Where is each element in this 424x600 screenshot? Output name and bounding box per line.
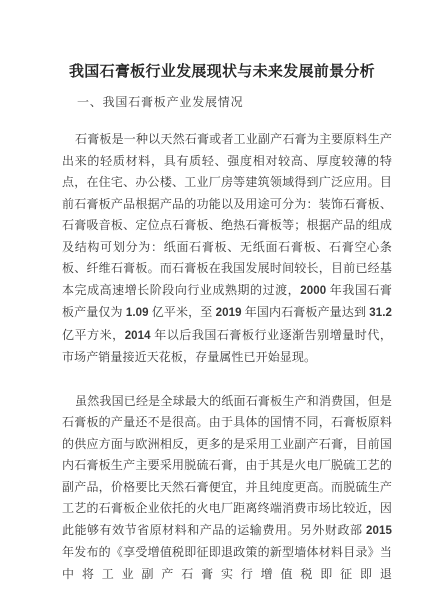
document-title: 我国石膏板行业发展现状与未来发展前景分析	[57, 60, 387, 84]
paragraph-production-raw-material: 虽然我国已经是全球最大的纸面石膏板生产和消费国，但是石膏板的产量还不是很高。由于…	[62, 391, 392, 586]
section-heading: 一、我国石膏板产业发展情况	[77, 94, 243, 110]
document-body: 石膏板是一种以天然石膏或者工业副产石膏为主要原料生产出来的轻质材料，具有质轻、强…	[62, 129, 392, 600]
paragraph-industry-overview: 石膏板是一种以天然石膏或者工业副产石膏为主要原料生产出来的轻质材料，具有质轻、强…	[62, 129, 392, 369]
document-page: 我国石膏板行业发展现状与未来发展前景分析 一、我国石膏板产业发展情况 石膏板是一…	[0, 0, 424, 600]
